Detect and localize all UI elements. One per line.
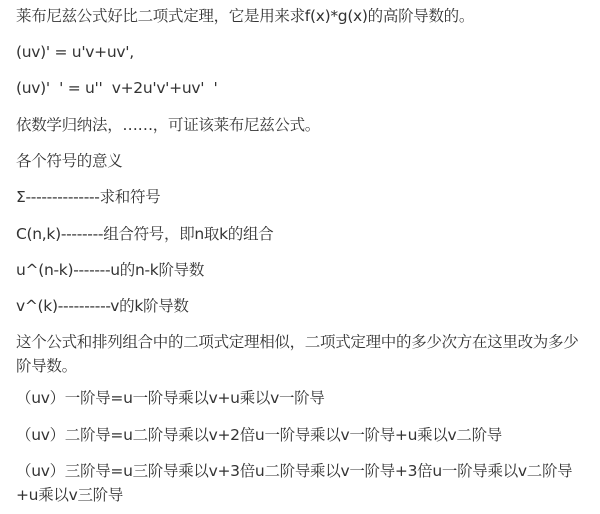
induction-paragraph: 依数学归纳法，……，可证该莱布尼兹公式。 [16, 113, 320, 137]
analogy-paragraph: 这个公式和排列组合中的二项式定理相似，二项式定理中的多少次方在这里改为多少阶导数… [16, 330, 588, 378]
intro-paragraph: 莱布尼兹公式好比二项式定理，它是用来求f(x)*g(x)的高阶导数的。 [16, 4, 474, 28]
uv-third-order-line: （uv）三阶导=u三阶导乘以v+3倍u二阶导乘以v一阶导+3倍u一阶导乘以v二阶… [16, 459, 588, 507]
symbols-heading: 各个符号的意义 [16, 149, 122, 173]
symbol-combination-line: C(n,k)--------组合符号，即n取k的组合 [16, 222, 273, 246]
symbol-u-derivative-line: u^(n-k)-------u的n-k阶导数 [16, 258, 204, 282]
uv-first-order-line: （uv）一阶导=u一阶导乘以v+u乘以v一阶导 [16, 386, 325, 410]
first-derivative-formula: (uv)' = u'v+uv', [16, 40, 134, 64]
symbol-v-derivative-line: v^(k)----------v的k阶导数 [16, 294, 189, 318]
uv-second-order-line: （uv）二阶导=u二阶导乘以v+2倍u一阶导乘以v一阶导+u乘以v二阶导 [16, 423, 502, 447]
second-derivative-formula: (uv)' ' = u'' v+2u'v'+uv' ' [16, 76, 217, 100]
symbol-sigma-line: Σ--------------求和符号 [16, 185, 160, 209]
